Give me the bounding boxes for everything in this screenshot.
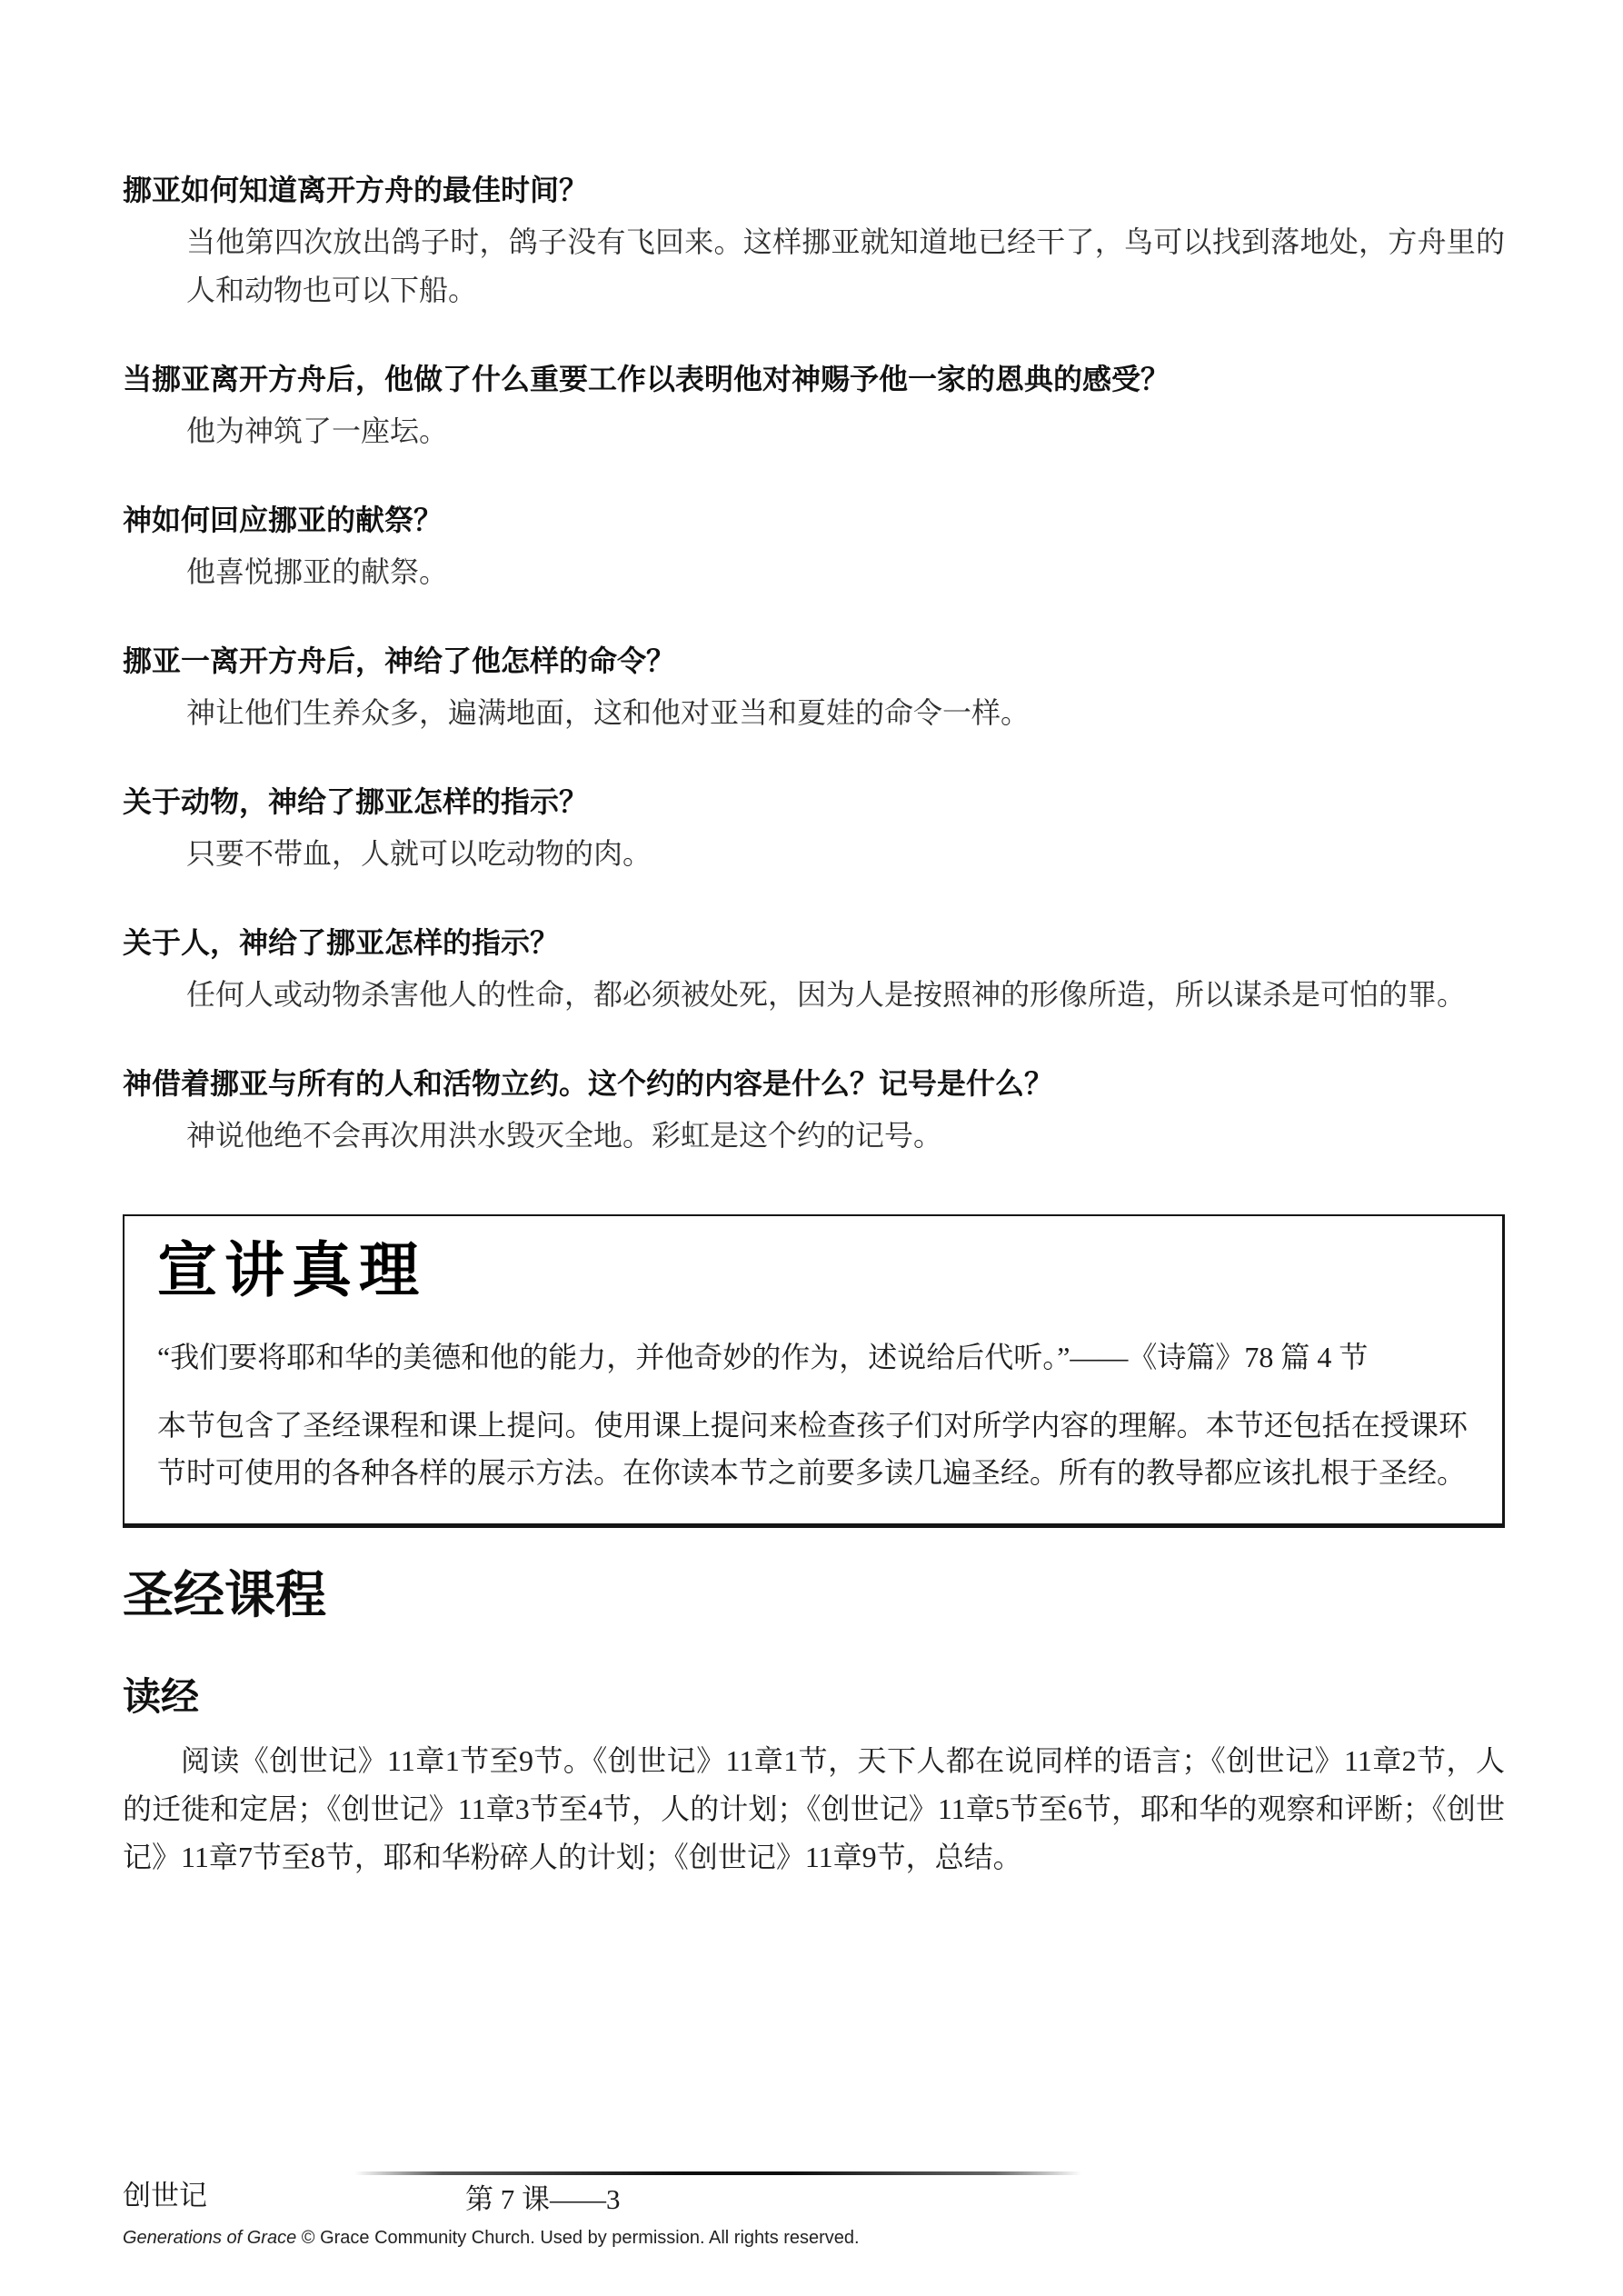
qa-block: 关于动物，神给了挪亚怎样的指示？ 只要不带血，人就可以吃动物的肉。 — [123, 779, 1505, 878]
footer-page-number: 第 7 课——3 — [465, 2181, 621, 2218]
answer-text: 任何人或动物杀害他人的性命，都必须被处死，因为人是按照神的形像所造，所以谋杀是可… — [186, 971, 1505, 1019]
reading-subheading: 读经 — [123, 1673, 1505, 1722]
footer-book-title: 创世记 — [123, 2178, 207, 2214]
qa-section: 挪亚如何知道离开方舟的最佳时间？ 当他第四次放出鸽子时，鸽子没有飞回来。这样挪亚… — [123, 167, 1505, 1160]
question-text: 关于人，神给了挪亚怎样的指示？ — [123, 920, 1505, 965]
proclaim-box-title: 宣讲真理 — [157, 1233, 1468, 1311]
qa-block: 挪亚一离开方舟后，神给了他怎样的命令？ 神让他们生养众多，遍满地面，这和他对亚当… — [123, 638, 1505, 737]
answer-text: 他喜悦挪亚的献祭。 — [186, 548, 1505, 596]
qa-block: 挪亚如何知道离开方舟的最佳时间？ 当他第四次放出鸽子时，鸽子没有飞回来。这样挪亚… — [123, 167, 1505, 314]
qa-block: 神借着挪亚与所有的人和活物立约。这个约的内容是什么？记号是什么？ 神说他绝不会再… — [123, 1061, 1505, 1160]
qa-block: 当挪亚离开方舟后，他做了什么重要工作以表明他对神赐予他一家的恩典的感受？ 他为神… — [123, 356, 1505, 455]
lesson-content: 挪亚如何知道离开方舟的最佳时间？ 当他第四次放出鸽子时，鸽子没有飞回来。这样挪亚… — [123, 0, 1505, 1882]
question-text: 挪亚如何知道离开方舟的最佳时间？ — [123, 167, 1505, 213]
answer-text: 当他第四次放出鸽子时，鸽子没有飞回来。这样挪亚就知道地已经干了，鸟可以找到落地处… — [186, 218, 1505, 314]
question-text: 当挪亚离开方舟后，他做了什么重要工作以表明他对神赐予他一家的恩典的感受？ — [123, 356, 1505, 402]
answer-text: 神说他绝不会再次用洪水毁灭全地。彩虹是这个约的记号。 — [186, 1112, 1505, 1160]
footer-divider-line — [354, 2171, 1081, 2175]
proclaim-truth-box: 宣讲真理 “我们要将耶和华的美德和他的能力，并他奇妙的作为，述说给后代听。”——… — [123, 1214, 1505, 1528]
answer-text: 只要不带血，人就可以吃动物的肉。 — [186, 830, 1505, 878]
answer-text: 他为神筑了一座坛。 — [186, 407, 1505, 455]
qa-block: 神如何回应挪亚的献祭？ 他喜悦挪亚的献祭。 — [123, 497, 1505, 596]
memory-verse: “我们要将耶和华的美德和他的能力，并他奇妙的作为，述说给后代听。”——《诗篇》7… — [157, 1334, 1468, 1380]
bible-lesson-heading: 圣经课程 — [123, 1564, 1505, 1628]
copyright-line: Generations of Grace © Grace Community C… — [123, 2226, 860, 2250]
answer-text: 神让他们生养众多，遍满地面，这和他对亚当和夏娃的命令一样。 — [186, 689, 1505, 737]
qa-block: 关于人，神给了挪亚怎样的指示？ 任何人或动物杀害他人的性命，都必须被处死，因为人… — [123, 920, 1505, 1019]
question-text: 神借着挪亚与所有的人和活物立约。这个约的内容是什么？记号是什么？ — [123, 1061, 1505, 1106]
copyright-text: © Grace Community Church. Used by permis… — [296, 2228, 859, 2248]
reading-paragraph: 阅读《创世记》11章1节至9节。《创世记》11章1节，天下人都在说同样的语言；《… — [123, 1737, 1505, 1882]
question-text: 关于动物，神给了挪亚怎样的指示？ — [123, 779, 1505, 824]
copyright-series-title: Generations of Grace — [123, 2228, 296, 2248]
proclaim-box-description: 本节包含了圣经课程和课上提问。使用课上提问来检查孩子们对所学内容的理解。本节还包… — [157, 1402, 1468, 1496]
question-text: 挪亚一离开方舟后，神给了他怎样的命令？ — [123, 638, 1505, 684]
document-page: 挪亚如何知道离开方舟的最佳时间？ 当他第四次放出鸽子时，鸽子没有飞回来。这样挪亚… — [0, 0, 1623, 2296]
question-text: 神如何回应挪亚的献祭？ — [123, 497, 1505, 543]
